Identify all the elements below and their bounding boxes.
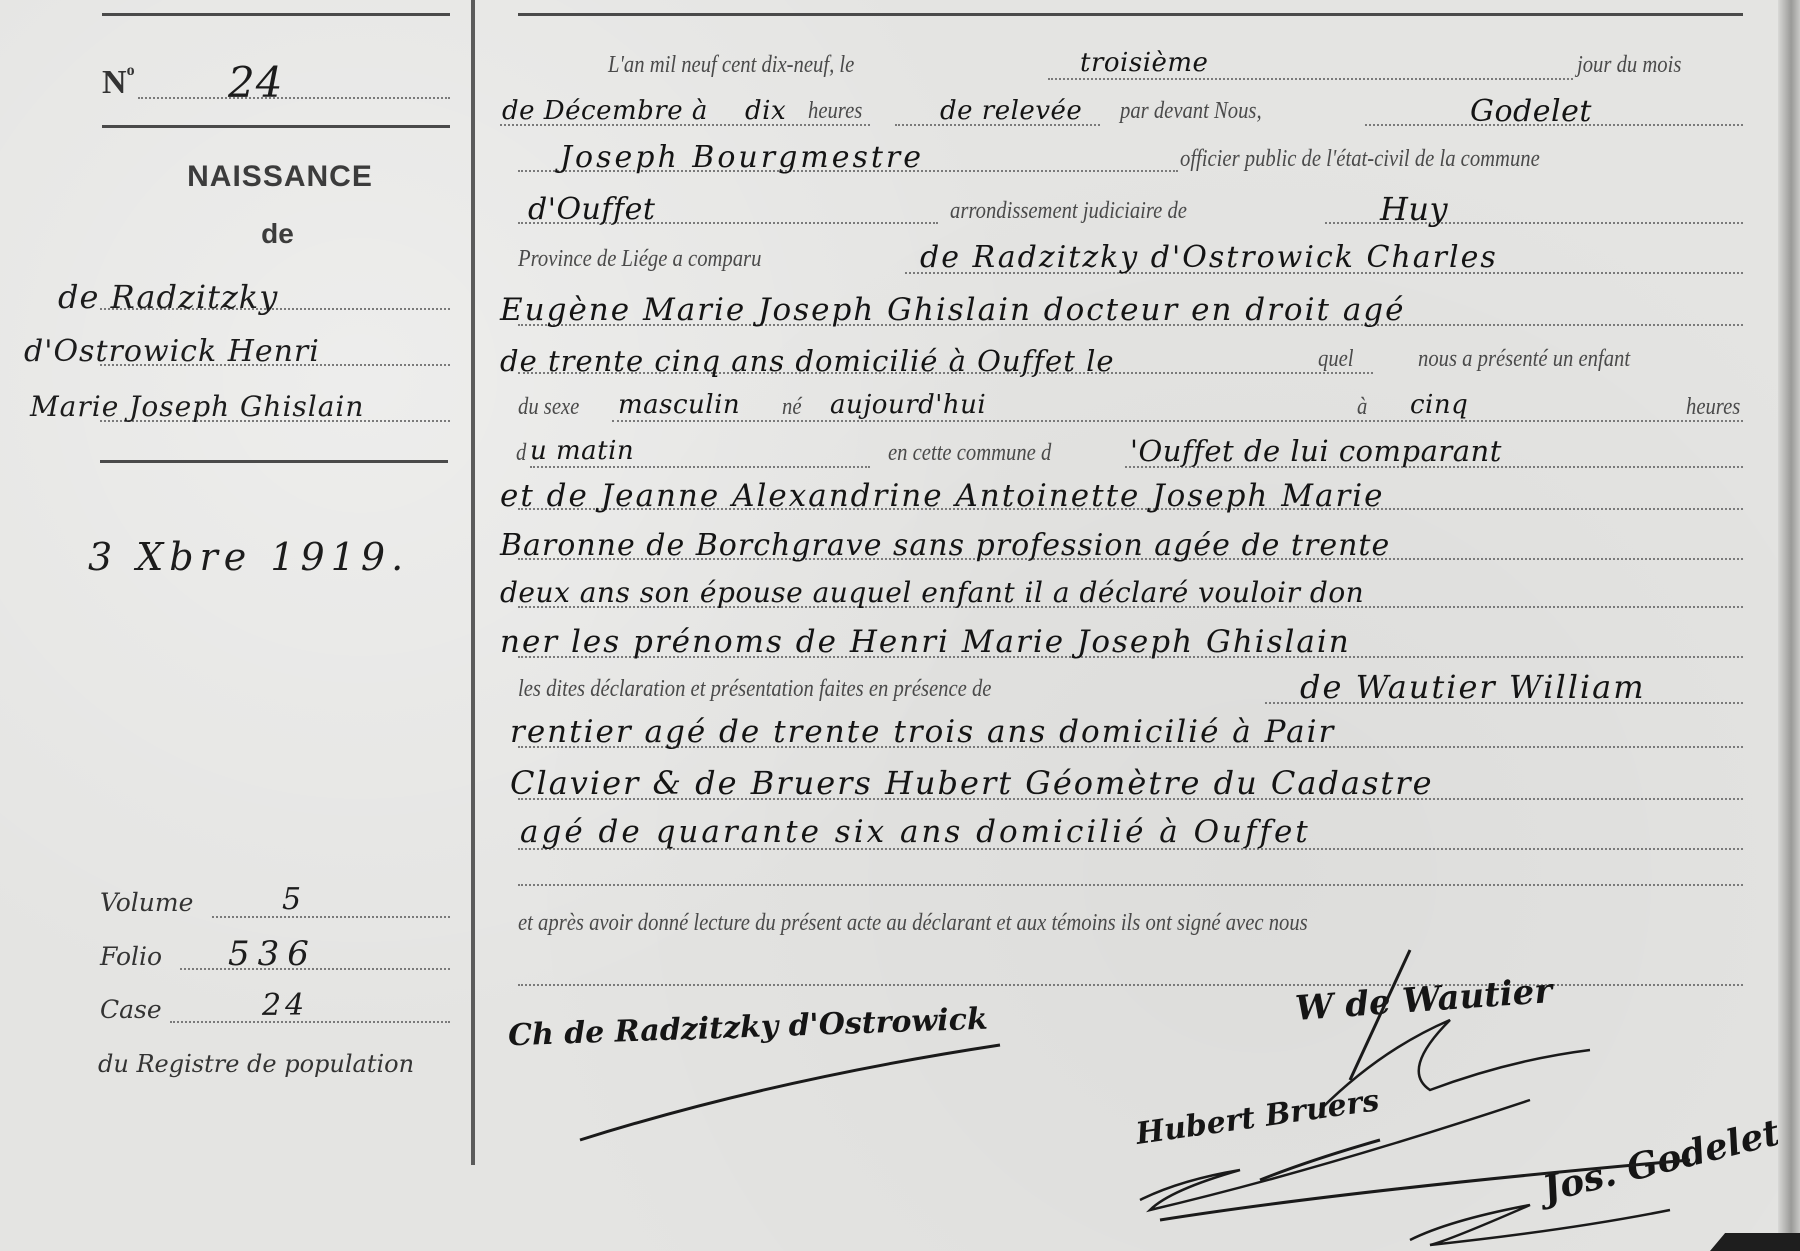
act-line-9-time: u matin	[530, 436, 634, 466]
top-rule-left	[102, 13, 450, 16]
civil-registry-page: No 24 NAISSANCE de de Radzitzky d'Ostrow…	[0, 0, 1800, 1251]
number-rule	[102, 125, 450, 128]
signature-declarant-flourish	[570, 1040, 1010, 1150]
top-rule-right	[518, 13, 1743, 16]
act-line-9-printed-a: d	[516, 440, 526, 467]
act-line-1-printed-a: L'an mil neuf cent dix-neuf, le	[608, 52, 854, 79]
register-footer: du Registre de population	[98, 1050, 414, 1078]
record-number-dots	[138, 97, 450, 99]
act-line-16-witness-2: Clavier & de Bruers Hubert Géomètre du C…	[510, 764, 1434, 802]
volume-value: 5	[282, 882, 302, 917]
act-line-1-day: troisième	[1080, 48, 1208, 78]
act-line-11-mother-cont: Baronne de Borchgrave sans profession ag…	[500, 528, 1390, 563]
act-line-1-printed-b: jour du mois	[1577, 52, 1681, 79]
record-type-title: NAISSANCE	[0, 160, 560, 194]
book-spine-edge	[1778, 0, 1800, 1251]
act-line-4-district: Huy	[1380, 190, 1448, 228]
act-line-13-given-names: ner les prénoms de Henri Marie Joseph Gh…	[500, 624, 1351, 660]
act-line-9-dots-a	[530, 466, 870, 468]
volume-label: Volume	[100, 888, 193, 917]
act-line-3-officer: Joseph Bourgmestre	[560, 140, 924, 175]
act-line-7-hand: de trente cinq ans domicilié à Ouffet le	[500, 344, 1115, 378]
folio-label: Folio	[100, 942, 162, 971]
closing-statement: et après avoir donné lecture du présent …	[518, 910, 1308, 937]
act-line-2-officer-surname: Godelet	[1470, 94, 1592, 129]
act-line-17-witness-2-detail: agé de quarante six ans domicilié à Ouff…	[520, 814, 1311, 850]
act-line-5-declarant: de Radzitzky d'Ostrowick Charles	[920, 240, 1498, 275]
act-line-10-mother: et de Jeanne Alexandrine Antoinette Jose…	[500, 478, 1385, 514]
act-line-15-witness-1-detail: rentier agé de trente trois ans domicili…	[510, 714, 1335, 750]
act-line-2-printed-a: heures	[808, 98, 862, 125]
act-line-7-printed-a: quel	[1318, 346, 1354, 373]
after-witness-dots	[518, 884, 1743, 886]
child-name-line-2: d'Ostrowick Henri	[24, 334, 320, 369]
act-line-6-hand: Eugène Marie Joseph Ghislain docteur en …	[500, 292, 1406, 328]
act-line-9-printed-b: en cette commune d	[888, 440, 1051, 467]
folio-value: 536	[228, 934, 317, 974]
act-line-4-commune: d'Ouffet	[528, 192, 655, 227]
child-name-line-3: Marie Joseph Ghislain	[30, 390, 364, 423]
act-line-3-printed: officier public de l'état-civil de la co…	[1180, 146, 1540, 173]
act-line-9-place: 'Ouffet de lui comparant	[1130, 434, 1502, 468]
act-line-14-printed: les dites déclaration et présentation fa…	[518, 676, 991, 703]
act-line-2-hour: dix	[745, 96, 786, 126]
act-line-2-printed-b: par devant Nous,	[1120, 98, 1262, 125]
record-date: 3 Xbre 1919.	[88, 535, 409, 579]
record-number-label: No	[102, 62, 135, 102]
act-line-8-sex: masculin	[618, 390, 740, 420]
record-number-value: 24	[228, 58, 283, 107]
act-line-8-printed-b: né	[782, 394, 801, 421]
act-line-7-printed-b: nous a présenté un enfant	[1418, 346, 1630, 373]
act-line-8-birthdate: aujourd'hui	[830, 390, 986, 420]
signature-officer-flourish	[1150, 1150, 1710, 1250]
act-line-2-period: de relevée	[940, 96, 1082, 126]
column-divider	[471, 0, 475, 1165]
case-value: 24	[262, 988, 308, 1023]
case-dots	[170, 1021, 450, 1023]
act-line-1-dots	[1048, 78, 1573, 80]
act-line-8-printed-d: heures	[1686, 394, 1740, 421]
act-line-14-witness-1: de Wautier William	[1300, 668, 1646, 706]
act-line-8-printed-c: à	[1357, 394, 1367, 421]
act-line-8-hour: cinq	[1410, 390, 1468, 420]
name-bottom-rule	[100, 460, 448, 463]
act-line-4-printed: arrondissement judiciaire de	[950, 198, 1187, 225]
case-label: Case	[100, 995, 162, 1024]
page-corner-shadow	[1710, 1233, 1800, 1251]
act-line-8-printed-a: du sexe	[518, 394, 579, 421]
act-line-2-month: de Décembre à	[502, 96, 708, 126]
act-line-5-printed: Province de Liége a comparu	[518, 246, 761, 273]
act-line-12-declaration: deux ans son épouse auquel enfant il a d…	[500, 576, 1364, 609]
volume-dots	[212, 916, 450, 918]
child-name-line-1: de Radzitzky	[58, 278, 278, 316]
